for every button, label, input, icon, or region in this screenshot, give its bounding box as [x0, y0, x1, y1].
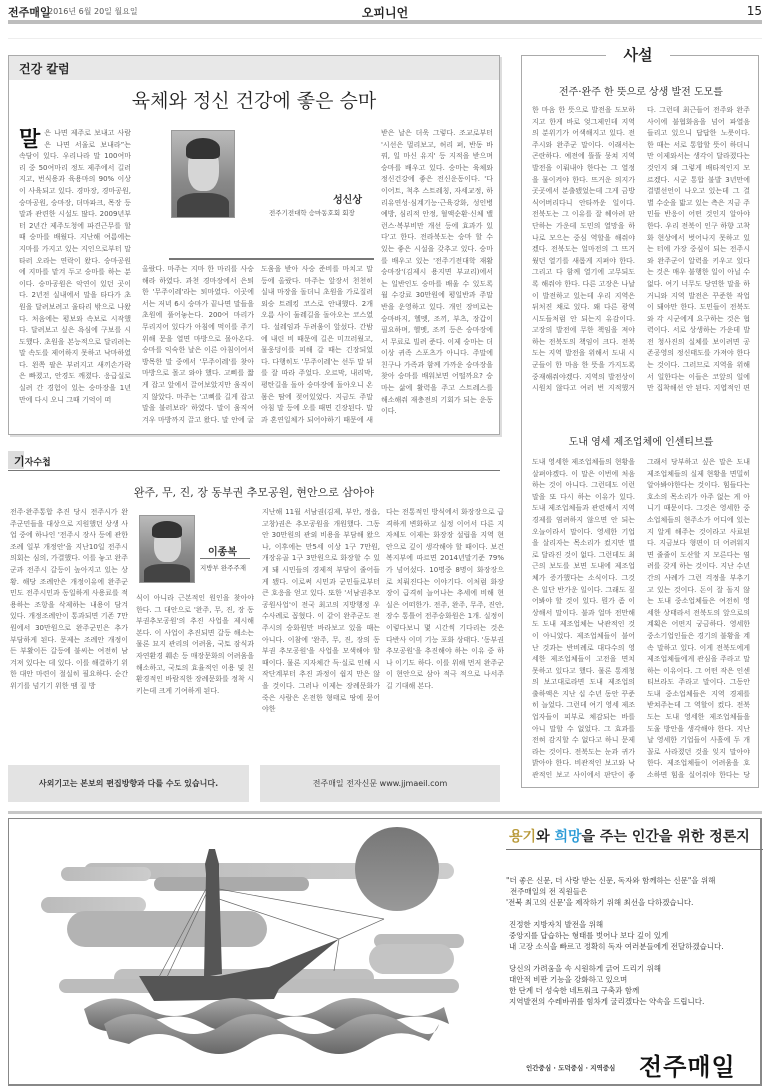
editorial-1-column-2: 다. 그런데 최근들어 전주와 완주 사이에 불협화음을 넘어 파열음 들리고 … — [647, 105, 750, 395]
editorial-title-1: 전주·완주 한 뜻으로 상생 발전 도모를 — [522, 83, 760, 98]
notebook-title: 완주, 무, 진, 장 동부권 추모공원, 현안으로 삼아야 — [8, 484, 500, 500]
editorial-1-column-1: 한 마음 한 뜻으로 발전을 도모하지고 한게 바로 엊그제인데 지역의 분위기… — [532, 105, 635, 395]
thin-rule — [8, 38, 762, 39]
drop-cap: 말 — [19, 128, 40, 150]
paper-logo: 전주매일 — [639, 1047, 736, 1082]
article-column-4: 받은 날은 더욱 그렇다. 조교로부터 '시선은 멀리보고, 허리 펴, 반동 … — [381, 128, 493, 428]
ad-paragraph-2: 진정한 지방자치 발전을 위해 중앙지를 답습하는 형태를 벗어나 보다 깊이 … — [509, 919, 724, 952]
article-column-3: 도움을 받아 사승 준비를 마치고 말 등에 올랐다. 마주는 앞장서 천천히 … — [261, 264, 373, 424]
editorial-2-column-1: 도내 영세한 제조업체들의 현황을 살펴야겠다. 이 말은 이번에 처음 하는 … — [532, 457, 635, 779]
reporter-role: 지방부 완주주재 — [200, 563, 246, 572]
ad-tagline: 인간중심 · 도덕중심 · 지역중심 — [526, 1063, 615, 1072]
newspaper-ad: 용기와 희망을 주는 인간을 위한 정론지 "더 좋은 신문, 더 사랑 받는 … — [8, 818, 762, 1086]
author-role: 전주기전대학 승마동호회 회장 — [269, 208, 355, 217]
slogan-rule — [506, 849, 763, 850]
notebook-label: 기자수첩 — [14, 453, 51, 469]
notebook-column-2: 식이 아니라 근본적인 원인을 찾아야 한다. 그 대안으로 '완주, 무, 진… — [136, 593, 254, 753]
editorial-title-2: 도내 영세 제조업체에 인센티브를 — [522, 433, 760, 448]
column-category: 건강 칼럼 — [9, 56, 499, 80]
section-divider — [8, 811, 762, 814]
contribution-notice: 사외기고는 본보의 편집방향과 다를 수도 있습니다. — [8, 765, 249, 802]
notebook-header: 기자수첩 — [8, 449, 500, 471]
notebook-column-1: 전주·완주통합 추진 당시 전주시가 완주군민들을 대상으로 지원했던 상생 사… — [10, 507, 128, 757]
notebook-column-3: 지난해 11월 서남권(김제, 부안, 정읍, 고창)권은 추모공원을 개원했다… — [262, 507, 380, 757]
byline-rule — [169, 258, 374, 260]
reporter-photo — [139, 515, 195, 583]
health-column: 건강 칼럼 육체와 정신 건강에 좋은 승마 말은 나면 제주로 보내고 사람은… — [8, 55, 500, 435]
e-paper-link[interactable]: 전주매일 전자신문 www.jjmaeil.com — [260, 765, 500, 802]
ad-slogan: 용기와 희망을 주는 인간을 위한 정론지 — [509, 826, 750, 846]
column-text: 은 나면 제주로 보내고 사람은 나면 서울로 보내라”는 속담이 있다. 우리… — [19, 129, 131, 404]
article-column-2: 올랐다. 마주는 지마 한 마리를 사승해라 하였다. 과천 경마장에서 은퇴한… — [142, 264, 254, 424]
section-title: 오피니언 — [8, 4, 762, 21]
editorial-box: 전주·완주 한 뜻으로 상생 발전 도모를 한 마음 한 뜻으로 발전을 도모하… — [521, 55, 759, 788]
article-column-1: 말은 나면 제주로 보내고 사람은 나면 서울로 보내라”는 속담이 있다. 우… — [19, 128, 131, 428]
ship-illustration — [19, 819, 469, 1087]
byline-rule — [200, 558, 250, 559]
ad-paragraph-3: 당신의 가려움을 속 시원하게 긁어 드리기 위해 대안적 비판 기능을 강화하… — [509, 963, 704, 1007]
notebook-column-4: 다는 전통적인 방식에서 화장장으로 급격하게 변화하고 실정 이어서 다른 지… — [386, 507, 504, 757]
page-number: 15 — [747, 4, 762, 18]
ad-paragraph-1: "더 좋은 신문, 더 사랑 받는 신문, 독자와 함께하는 신문"을 위해 전… — [506, 875, 715, 908]
article-title: 육체와 정신 건강에 좋은 승마 — [9, 86, 499, 113]
reporter-name: 이종복 — [208, 543, 237, 558]
editorial-2-column-2: 그래서 당부하고 싶은 말은 도내 제조업체들의 실제 현황을 면밀히 알아봐야… — [647, 457, 750, 779]
author-photo — [171, 130, 235, 218]
masthead-rule — [8, 20, 762, 24]
author-name: 성신상 — [333, 191, 362, 206]
